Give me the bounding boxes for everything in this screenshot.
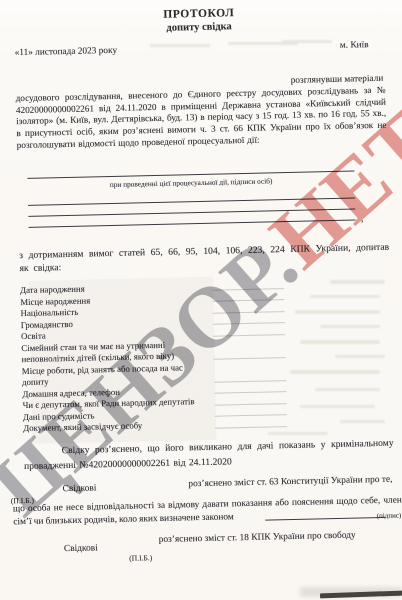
witness-label: Свідкові	[62, 484, 96, 495]
article-18-clause: Свідкові роз’яснено зміст ст. 18 КПК Укр…	[26, 525, 397, 578]
article-63-intro: роз’яснено зміст ст. 63 Конституції Укра…	[188, 475, 392, 490]
pib-caption: (П.І.Б.)	[129, 553, 152, 563]
witness-label: Свідкові	[64, 544, 98, 555]
document-date: «11» листопада 2023 року	[15, 46, 118, 58]
document-body: ПРОТОКОЛ допиту свідка «11» листопада 20…	[0, 0, 402, 579]
field-value-line	[215, 426, 287, 429]
compliance-paragraph: з дотриманням вимог статей 65, 66, 95, 1…	[19, 240, 390, 275]
signature-line	[28, 208, 355, 216]
field-value-line	[214, 391, 286, 394]
date-place-line: «11» листопада 2023 року м. Київ	[15, 40, 385, 58]
article-63-body: що особа не несе відповідальності за від…	[13, 495, 402, 529]
document-city: м. Київ	[340, 40, 369, 51]
signature-caption: (підпис)	[377, 512, 402, 521]
witness-details-table: Дата народження Місце народження Націона…	[20, 277, 393, 435]
protocol-document-scan: ПРОТОКОЛ допиту свідка «11» листопада 20…	[0, 0, 402, 600]
participants-signature-block: при проведенні цієї процесуальної дії, п…	[17, 169, 388, 227]
trailing-comma: ,	[361, 213, 364, 224]
intro-paragraph: досудового розслідування, внесеного до Є…	[16, 85, 387, 152]
article-63-clause: Свідкові роз’яснено зміст ст. 63 Констит…	[24, 475, 395, 533]
signature-line	[28, 197, 355, 205]
signature-line: ,	[29, 219, 356, 227]
article-18-intro: роз’яснено зміст ст. 18 КПК України про …	[159, 531, 356, 545]
